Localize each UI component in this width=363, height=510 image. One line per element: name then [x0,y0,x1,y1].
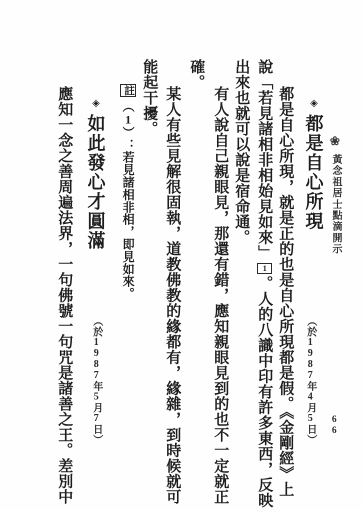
footnote-ref-marker: 1 [257,263,272,274]
running-header-title: 黃念祖居士點滴開示 [330,154,341,255]
footnote-text: （1）：若見諸相非相，即見如來。 [121,100,135,300]
section1-date: （於1987年4月5日） [304,316,315,445]
text-column-3: 出來也就可以說是宿命通。 [233,59,249,245]
diamond-bullet-icon: ◈ [90,98,101,109]
text-column-5: 確。 [188,59,204,90]
section1-title: ◈都是自心所現 [303,98,322,231]
rosette-icon: ❀ [328,134,342,149]
text-column-8: 應知一念之善周遍法界，一句佛號一句咒是諸善之王。差別中 [56,86,72,505]
section2-date: （於1987年5月7日） [90,316,101,445]
section1-title-text: 都是自心所現 [303,114,323,231]
text-column-1: 都是自心所現，就是正的也是自心所現都是假。《金剛經》上 [277,86,293,497]
text-column-2-post: 。人的八識中印有許多東西，反映 [256,276,272,509]
text-column-6: 某人有些見解很固執，道教佛教的緣都有，緣雜，到時候就可 [164,86,180,505]
section2-title-text: 如此發心才圓滿 [85,114,105,251]
text-column-2: 說「若見諸相非相始見如來」1。人的八識中印有許多東西，反映 [256,59,272,508]
book-page: ❀黃念祖居士點滴開示 66 ◈都是自心所現 （於1987年4月5日） 都是自心所… [0,0,363,510]
diamond-bullet-icon: ◈ [308,98,319,109]
section2-title: ◈如此發心才圓滿 [85,98,104,251]
text-column-7: 能起干擾。 [141,59,157,137]
text-column-2-pre: 說「若見諸相非相始見如來」 [256,59,272,261]
text-column-4: 有人說自己親眼見，那還有錯，應知親眼見到的也不一定就正 [212,86,228,505]
running-header: ❀黃念祖居士點滴開示 [328,134,341,255]
footnote: 註（1）：若見諸相非相，即見如來。 [120,84,136,300]
page-number: 66 [329,415,339,437]
footnote-label: 註 [120,84,136,97]
